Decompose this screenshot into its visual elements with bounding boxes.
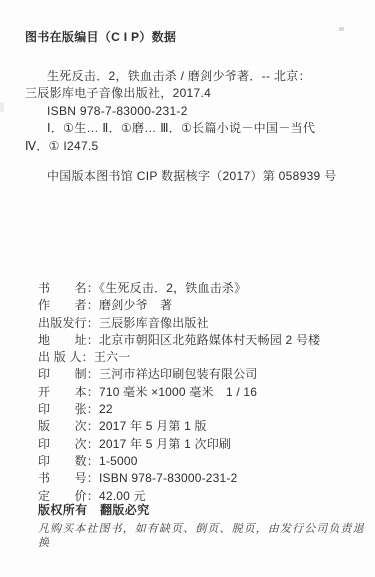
cip-classification-line1: Ⅰ．①生… Ⅱ．①磨… Ⅲ．①长篇小说－中国－当代 xyxy=(25,120,367,138)
colophon-label: 出 版 人： xyxy=(38,350,94,364)
colophon-label: 印 次： xyxy=(38,437,99,451)
colophon-value: 1-5000 xyxy=(99,454,138,468)
colophon-row-publisher-person: 出 版 人：王六一 xyxy=(38,349,369,366)
scan-smudge xyxy=(0,102,4,112)
colophon-row-author: 作 者：磨剑少爷 著 xyxy=(38,297,369,314)
colophon-value: 《生死反击．2，铁血击杀》 xyxy=(99,281,246,295)
colophon-label: 印 数： xyxy=(38,454,99,468)
colophon-row-isbn: 书 号：ISBN 978-7-83000-231-2 xyxy=(38,470,369,487)
footer-block: 版权所有 翻版必究 凡购买本社图书，如有缺页、倒页、脱页，由发行公司负责退换 xyxy=(38,503,369,550)
colophon-label: 印 张： xyxy=(38,402,99,416)
return-policy: 凡购买本社图书，如有缺页、倒页、脱页，由发行公司负责退换 xyxy=(38,522,369,550)
colophon-label: 印 制： xyxy=(38,367,99,381)
colophon-row-printer: 印 制：三河市祥达印刷包装有限公司 xyxy=(38,366,369,383)
colophon-value: 710 毫米 ×1000 毫米 1 / 16 xyxy=(99,385,257,399)
colophon-label: 出版发行： xyxy=(38,316,99,330)
colophon-value: 2017 年 5 月第 1 次印刷 xyxy=(99,437,231,451)
colophon-label: 开 本： xyxy=(38,385,99,399)
colophon-block: 书 名：《生死反击．2，铁血击杀》 作 者：磨剑少爷 著 出版发行：三辰影库音像… xyxy=(38,280,369,505)
cip-classification-line2: Ⅳ．① I247.5 xyxy=(25,138,367,156)
colophon-row-format: 开 本：710 毫米 ×1000 毫米 1 / 16 xyxy=(38,384,369,401)
colophon-label: 作 者： xyxy=(38,298,99,312)
colophon-value: 王六一 xyxy=(94,350,131,364)
cip-isbn: ISBN 978-7-83000-231-2 xyxy=(25,103,367,121)
cip-header: 图书在版编目（C I P）数据 xyxy=(25,29,367,47)
colophon-row-publisher: 出版发行：三辰影库音像出版社 xyxy=(38,315,369,332)
colophon-row-title: 书 名：《生死反击．2，铁血击杀》 xyxy=(38,280,369,297)
book-copyright-page: 图书在版编目（C I P）数据 生死反击．2，铁血击杀 / 磨剑少爷著．-- 北… xyxy=(0,0,375,577)
colophon-row-print-run: 印 数：1-5000 xyxy=(38,453,369,470)
colophon-label: 地 址： xyxy=(38,333,99,347)
colophon-value: 磨剑少爷 著 xyxy=(99,298,172,312)
colophon-value: 北京市朝阳区北苑路媒体村天畅园 2 号楼 xyxy=(99,333,320,347)
colophon-value: ISBN 978-7-83000-231-2 xyxy=(99,471,238,485)
copyright-notice: 版权所有 翻版必究 xyxy=(38,503,369,518)
colophon-value: 三河市祥达印刷包装有限公司 xyxy=(99,367,258,381)
colophon-row-address: 地 址：北京市朝阳区北苑路媒体村天畅园 2 号楼 xyxy=(38,332,369,349)
colophon-value: 2017 年 5 月第 1 版 xyxy=(99,419,207,433)
cip-entry-line2: 三辰影库电子音像出版社，2017.4 xyxy=(25,85,367,103)
colophon-label: 书 号： xyxy=(38,471,99,485)
colophon-label: 定 价： xyxy=(38,489,99,503)
colophon-row-edition: 版 次：2017 年 5 月第 1 版 xyxy=(38,418,369,435)
colophon-label: 版 次： xyxy=(38,419,99,433)
cip-record-number: 中国版本图书馆 CIP 数据核字（2017）第 058939 号 xyxy=(25,168,367,186)
colophon-row-sheets: 印 张：22 xyxy=(38,401,369,418)
colophon-value: 三辰影库音像出版社 xyxy=(99,316,209,330)
cip-data-block: 图书在版编目（C I P）数据 生死反击．2，铁血击杀 / 磨剑少爷著．-- 北… xyxy=(25,29,367,186)
cip-entry-line1: 生死反击．2，铁血击杀 / 磨剑少爷著．-- 北京： xyxy=(25,68,367,86)
colophon-value: 42.00 元 xyxy=(99,489,146,503)
colophon-row-impression: 印 次：2017 年 5 月第 1 次印刷 xyxy=(38,436,369,453)
colophon-label: 书 名： xyxy=(38,281,99,295)
colophon-value: 22 xyxy=(99,402,113,416)
